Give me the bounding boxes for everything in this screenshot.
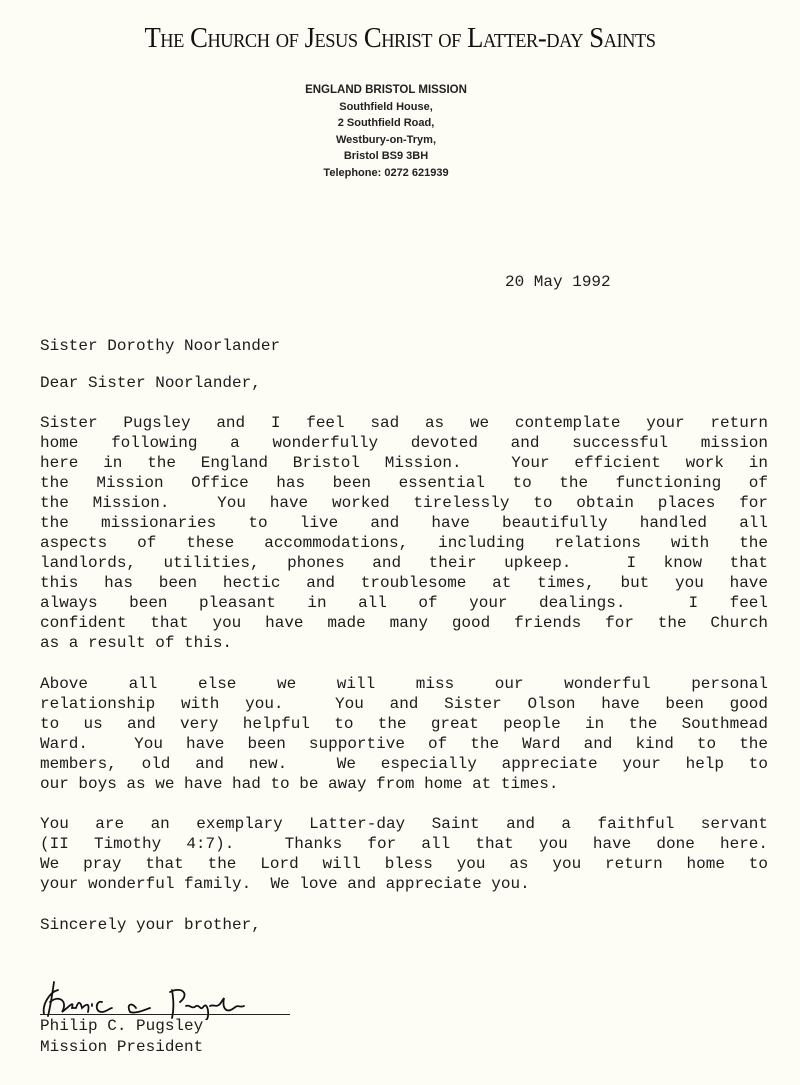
recipient: Sister Dorothy Noorlander xyxy=(40,336,280,356)
address-line: Southfield House, xyxy=(0,99,772,116)
signer-title: Mission President xyxy=(40,1037,203,1057)
paragraph-line: your wonderful family. We love and appre… xyxy=(40,874,768,894)
paragraph-line: relationship with you. You and Sister Ol… xyxy=(40,694,768,714)
address-line: Westbury-on-Trym, xyxy=(0,132,772,149)
paragraph-line: aspects of these accommodations, includi… xyxy=(40,533,768,553)
letterhead-address: ENGLAND BRISTOL MISSION Southfield House… xyxy=(0,82,772,182)
signature-line xyxy=(40,1014,290,1015)
closing: Sincerely your brother, xyxy=(40,915,261,935)
paragraph-line: Above all else we will miss our wonderfu… xyxy=(40,674,768,694)
paragraph-line: this has been hectic and troublesome at … xyxy=(40,573,768,593)
paragraph-line: the Mission Office has been essential to… xyxy=(40,473,768,493)
paragraph-3: You are an exemplary Latter-day Saint an… xyxy=(40,814,768,894)
paragraph-line: landlords, utilities, phones and their u… xyxy=(40,553,768,573)
signer-name: Philip C. Pugsley xyxy=(40,1016,203,1036)
paragraph-line: Ward. You have been supportive of the Wa… xyxy=(40,734,768,754)
paragraph-line: always been pleasant in all of your deal… xyxy=(40,593,768,613)
paragraph-line: Sister Pugsley and I feel sad as we cont… xyxy=(40,413,768,433)
telephone: Telephone: 0272 621939 xyxy=(0,165,772,182)
paragraph-line: We pray that the Lord will bless you as … xyxy=(40,854,768,874)
address-line: 2 Southfield Road, xyxy=(0,115,772,132)
letter-date: 20 May 1992 xyxy=(505,272,611,292)
paragraph-line: members, old and new. We especially appr… xyxy=(40,754,768,774)
letterhead-title: The Church of Jesus Christ of Latter-day… xyxy=(32,22,768,55)
mission-name: ENGLAND BRISTOL MISSION xyxy=(0,82,772,99)
paragraph-1: Sister Pugsley and I feel sad as we cont… xyxy=(40,413,768,653)
paragraph-line: confident that you have made many good f… xyxy=(40,613,768,633)
paragraph-line: to us and very helpful to the great peop… xyxy=(40,714,768,734)
paragraph-line: You are an exemplary Latter-day Saint an… xyxy=(40,814,768,834)
paragraph-line: the Mission. You have worked tirelessly … xyxy=(40,493,768,513)
paragraph-line: (II Timothy 4:7). Thanks for all that yo… xyxy=(40,834,768,854)
paragraph-line: as a result of this. xyxy=(40,633,768,653)
paragraph-line: the missionaries to live and have beauti… xyxy=(40,513,768,533)
paragraph-line: home following a wonderfully devoted and… xyxy=(40,433,768,453)
salutation: Dear Sister Noorlander, xyxy=(40,373,261,393)
address-line: Bristol BS9 3BH xyxy=(0,148,772,165)
paragraph-line: our boys as we have had to be away from … xyxy=(40,774,768,794)
paragraph-2: Above all else we will miss our wonderfu… xyxy=(40,674,768,794)
paragraph-line: here in the England Bristol Mission. You… xyxy=(40,453,768,473)
